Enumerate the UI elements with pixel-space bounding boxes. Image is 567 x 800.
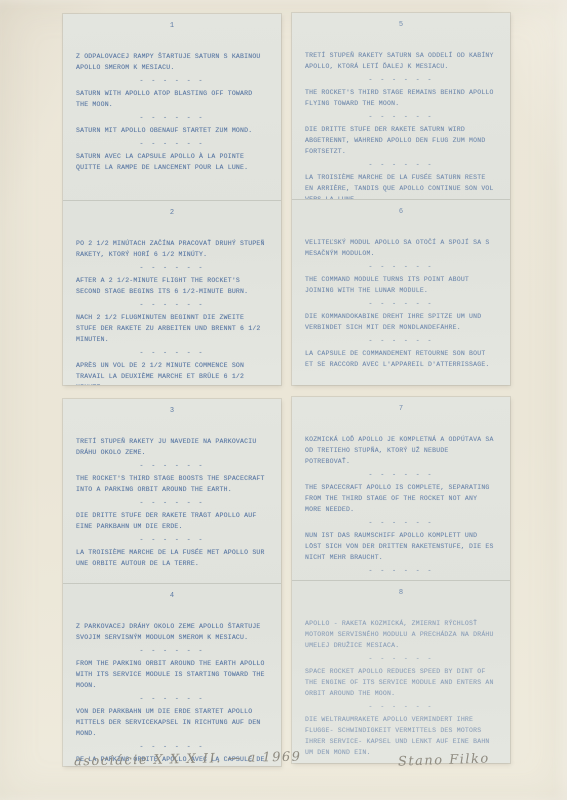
- paragraph-sk: KOZMICKÁ LOĎ APOLLO JE KOMPLETNÁ A ODPÚT…: [305, 434, 497, 467]
- dotted-separator: - - - - - -: [76, 536, 268, 544]
- paragraph-sk: TRETÍ STUPEŇ RAKETY SATURN SA ODDELÍ OD …: [305, 50, 497, 72]
- typed-panel-bottom-right: 7KOZMICKÁ LOĎ APOLLO JE KOMPLETNÁ A ODPÚ…: [292, 397, 510, 763]
- paragraph-en: THE ROCKET'S THIRD STAGE REMAINS BEHIND …: [305, 87, 497, 109]
- paragraph-de: NUN IST DAS RAUMSCHIFF APOLLO KOMPLETT U…: [305, 530, 497, 563]
- dotted-separator: - - - - - -: [305, 161, 497, 169]
- dotted-separator: - - - - - -: [305, 703, 497, 711]
- section-8: 8APOLLO - RAKETA KOZMICKÁ, ZMIERNI RÝCHL…: [292, 580, 510, 763]
- paragraph-sk: PO 2 1/2 MINÚTACH ZAČÍNA PRACOVAŤ DRUHÝ …: [76, 238, 268, 260]
- dotted-separator: - - - - - -: [305, 300, 497, 308]
- dotted-separator: - - - - - -: [76, 462, 268, 470]
- paragraph-de: VON DER PARKBAHN UM DIE ERDE STARTET APO…: [76, 706, 268, 739]
- typed-panel-top-right: 5TRETÍ STUPEŇ RAKETY SATURN SA ODDELÍ OD…: [292, 13, 510, 385]
- section-4: 4Z PARKOVACEJ DRÁHY OKOLO ZEME APOLLO ŠT…: [63, 583, 281, 767]
- dotted-separator: - - - - - -: [76, 695, 268, 703]
- paragraph-fr: DE LA PARKING ORBITE APOLLO AVEC LA CAPS…: [76, 754, 268, 767]
- section-5: 5TRETÍ STUPEŇ RAKETY SATURN SA ODDELÍ OD…: [292, 13, 510, 199]
- section-number: 1: [76, 22, 268, 31]
- section-number: 3: [76, 407, 268, 416]
- section-number: 2: [76, 209, 268, 218]
- paragraph-fr: LA TROISIÈME MARCHE DE LA FUSÉE MET APOL…: [76, 547, 268, 569]
- section-6: 6VELITEĽSKÝ MODUL APOLLO SA OTOČÍ A SPOJ…: [292, 199, 510, 385]
- paragraph-de: NACH 2 1/2 FLUGMINUTEN BEGINNT DIE ZWEIT…: [76, 312, 268, 345]
- paragraph-fr: LA TROISIÈME MARCHE DE LA FUSÉE SATURN R…: [305, 172, 497, 199]
- paragraph-en: SPACE ROCKET APOLLO REDUCES SPEED BY DIN…: [305, 666, 497, 699]
- paragraph-sk: TRETÍ STUPEŇ RAKETY JU NAVEDIE NA PARKOV…: [76, 436, 268, 458]
- dotted-separator: - - - - - -: [305, 762, 497, 763]
- paragraph-sk: APOLLO - RAKETA KOZMICKÁ, ZMIERNI RÝCHLO…: [305, 618, 497, 651]
- paragraph-de: SATURN MIT APOLLO OBENAUF STARTET ZUM MO…: [76, 125, 268, 136]
- section-1: 1Z ODPALOVACEJ RAMPY ŠTARTUJE SATURN S K…: [63, 14, 281, 200]
- dotted-separator: - - - - - -: [305, 519, 497, 527]
- paragraph-en: THE SPACECRAFT APOLLO IS COMPLETE, SEPAR…: [305, 482, 497, 515]
- paragraph-de: DIE WELTRAUMRAKETE APOLLO VERMINDERT IHR…: [305, 714, 497, 758]
- dotted-separator: - - - - - -: [76, 140, 268, 148]
- paragraph-de: DIE DRITTE STUFE DER RAKETE SATURN WIRD …: [305, 124, 497, 157]
- dotted-separator: - - - - - -: [305, 113, 497, 121]
- section-3: 3TRETÍ STUPEŇ RAKETY JU NAVEDIE NA PARKO…: [63, 399, 281, 583]
- section-number: 4: [76, 592, 268, 601]
- dotted-separator: - - - - - -: [76, 349, 268, 357]
- paragraph-sk: VELITEĽSKÝ MODUL APOLLO SA OTOČÍ A SPOJÍ…: [305, 237, 497, 259]
- dotted-separator: - - - - - -: [76, 301, 268, 309]
- dotted-separator: - - - - - -: [76, 499, 268, 507]
- dotted-separator: - - - - - -: [76, 114, 268, 122]
- dotted-separator: - - - - - -: [305, 263, 497, 271]
- paragraph-fr: LE NAVIRE COSMIQUE APOLLO EST COMPLET ET…: [305, 578, 497, 580]
- paragraph-sk: Z ODPALOVACEJ RAMPY ŠTARTUJE SATURN S KA…: [76, 51, 268, 73]
- dotted-separator: - - - - - -: [76, 264, 268, 272]
- section-number: 5: [305, 21, 497, 30]
- dotted-separator: - - - - - -: [76, 743, 268, 751]
- dotted-separator: - - - - - -: [76, 77, 268, 85]
- dotted-separator: - - - - - -: [305, 655, 497, 663]
- section-number: 7: [305, 405, 497, 414]
- paragraph-de: DIE KOMMANDOKABINE DREHT IHRE SPITZE UM …: [305, 311, 497, 333]
- dotted-separator: - - - - - -: [76, 647, 268, 655]
- paragraph-sk: Z PARKOVACEJ DRÁHY OKOLO ZEME APOLLO ŠTA…: [76, 621, 268, 643]
- section-2: 2PO 2 1/2 MINÚTACH ZAČÍNA PRACOVAŤ DRUHÝ…: [63, 200, 281, 386]
- paragraph-de: DIE DRITTE STUFE DER RAKETE TRÄGT APOLLO…: [76, 510, 268, 532]
- section-7: 7KOZMICKÁ LOĎ APOLLO JE KOMPLETNÁ A ODPÚ…: [292, 397, 510, 580]
- paragraph-fr: LA CAPSULE DE COMMANDEMENT RETOURNE SON …: [305, 348, 497, 370]
- section-number: 8: [305, 589, 497, 598]
- paragraph-en: SATURN WITH APOLLO ATOP BLASTING OFF TOW…: [76, 88, 268, 110]
- dotted-separator: - - - - - -: [305, 567, 497, 575]
- typed-panel-top-left: 1Z ODPALOVACEJ RAMPY ŠTARTUJE SATURN S K…: [63, 14, 281, 385]
- dotted-separator: - - - - - -: [305, 471, 497, 479]
- dotted-separator: - - - - - -: [305, 337, 497, 345]
- section-number: 6: [305, 208, 497, 217]
- paragraph-en: FROM THE PARKING ORBIT AROUND THE EARTH …: [76, 658, 268, 691]
- typed-panel-bottom-left: 3TRETÍ STUPEŇ RAKETY JU NAVEDIE NA PARKO…: [63, 399, 281, 766]
- paragraph-en: THE ROCKET'S THIRD STAGE BOOSTS THE SPAC…: [76, 473, 268, 495]
- paragraph-en: THE COMMAND MODULE TURNS ITS POINT ABOUT…: [305, 274, 497, 296]
- paragraph-fr: APRÈS UN VOL DE 2 1/2 MINUTE COMMENCE SO…: [76, 360, 268, 386]
- dotted-separator: - - - - - -: [305, 76, 497, 84]
- paragraph-fr: SATURN AVEC LA CAPSULE APOLLO À LA POINT…: [76, 151, 268, 173]
- paragraph-en: AFTER A 2 1/2-MINUTE FLIGHT THE ROCKET'S…: [76, 275, 268, 297]
